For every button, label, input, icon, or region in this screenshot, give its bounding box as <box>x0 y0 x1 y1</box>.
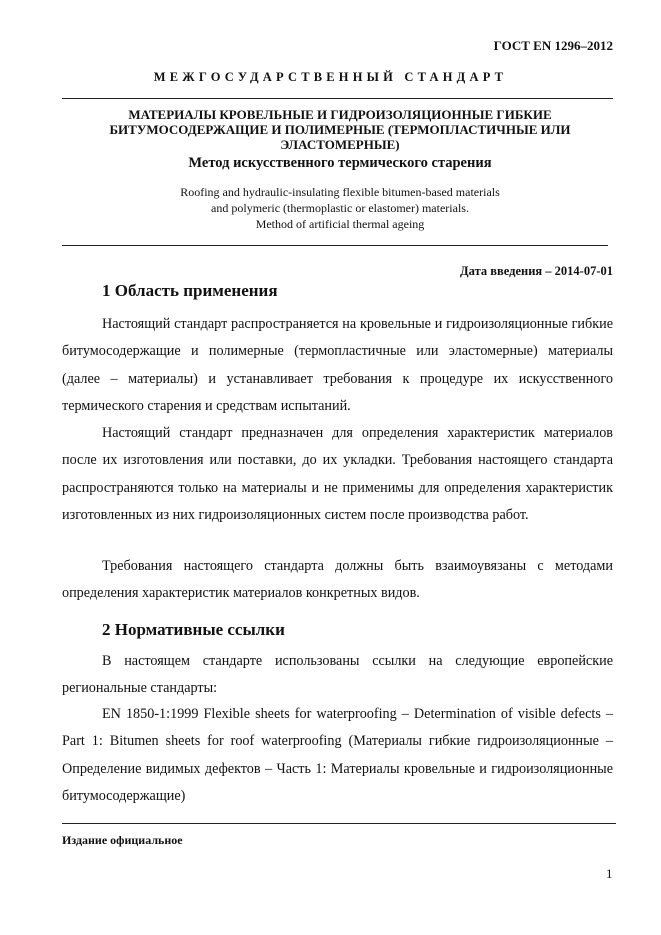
title-ru-line-2: БИТУМОСОДЕРЖАЩИЕ И ПОЛИМЕРНЫЕ (ТЕРМОПЛАС… <box>62 122 618 137</box>
section-2-paragraph-1: В настоящем стандарте использованы ссылк… <box>62 648 613 703</box>
title-english: Roofing and hydraulic-insulating flexibl… <box>62 184 618 232</box>
title-ru-line-3: ЭЛАСТОМЕРНЫЕ) <box>62 137 618 152</box>
section-1-paragraph-1: Настоящий стандарт распространяется на к… <box>62 311 613 421</box>
paragraph-text: Настоящий стандарт предназначен для опре… <box>62 420 613 530</box>
subtitle-russian: Метод искусственного термического старен… <box>62 155 618 172</box>
official-edition-label: Издание официальное <box>62 833 183 848</box>
paragraph-text: Требования настоящего стандарта должны б… <box>62 553 613 608</box>
page-number: 1 <box>606 866 613 882</box>
footer-divider <box>62 823 616 824</box>
paragraph-text: EN 1850-1:1999 Flexible sheets for water… <box>62 701 613 811</box>
title-en-line-1: Roofing and hydraulic-insulating flexibl… <box>62 184 618 200</box>
section-2-paragraph-2: EN 1850-1:1999 Flexible sheets for water… <box>62 701 613 811</box>
standard-type: МЕЖГОСУДАРСТВЕННЫЙ СТАНДАРТ <box>0 70 661 85</box>
title-russian: МАТЕРИАЛЫ КРОВЕЛЬНЫЕ И ГИДРОИЗОЛЯЦИОННЫЕ… <box>62 107 618 152</box>
paragraph-text: В настоящем стандарте использованы ссылк… <box>62 648 613 703</box>
section-1-paragraph-2: Настоящий стандарт предназначен для опре… <box>62 420 613 530</box>
header-divider <box>62 98 613 99</box>
section-2-heading: 2 Нормативные ссылки <box>102 620 285 640</box>
section-1-paragraph-3: Требования настоящего стандарта должны б… <box>62 553 613 608</box>
title-ru-line-1: МАТЕРИАЛЫ КРОВЕЛЬНЫЕ И ГИДРОИЗОЛЯЦИОННЫЕ… <box>62 107 618 122</box>
section-1-heading: 1 Область применения <box>102 281 278 301</box>
title-divider <box>62 245 608 246</box>
introduction-date: Дата введения – 2014-07-01 <box>460 264 613 279</box>
paragraph-text: Настоящий стандарт распространяется на к… <box>62 311 613 421</box>
title-en-line-3: Method of artificial thermal ageing <box>62 216 618 232</box>
standard-code: ГОСТ EN 1296–2012 <box>494 38 613 54</box>
title-en-line-2: and polymeric (thermoplastic or elastome… <box>62 200 618 216</box>
document-page: ГОСТ EN 1296–2012 МЕЖГОСУДАРСТВЕННЫЙ СТА… <box>0 0 661 935</box>
